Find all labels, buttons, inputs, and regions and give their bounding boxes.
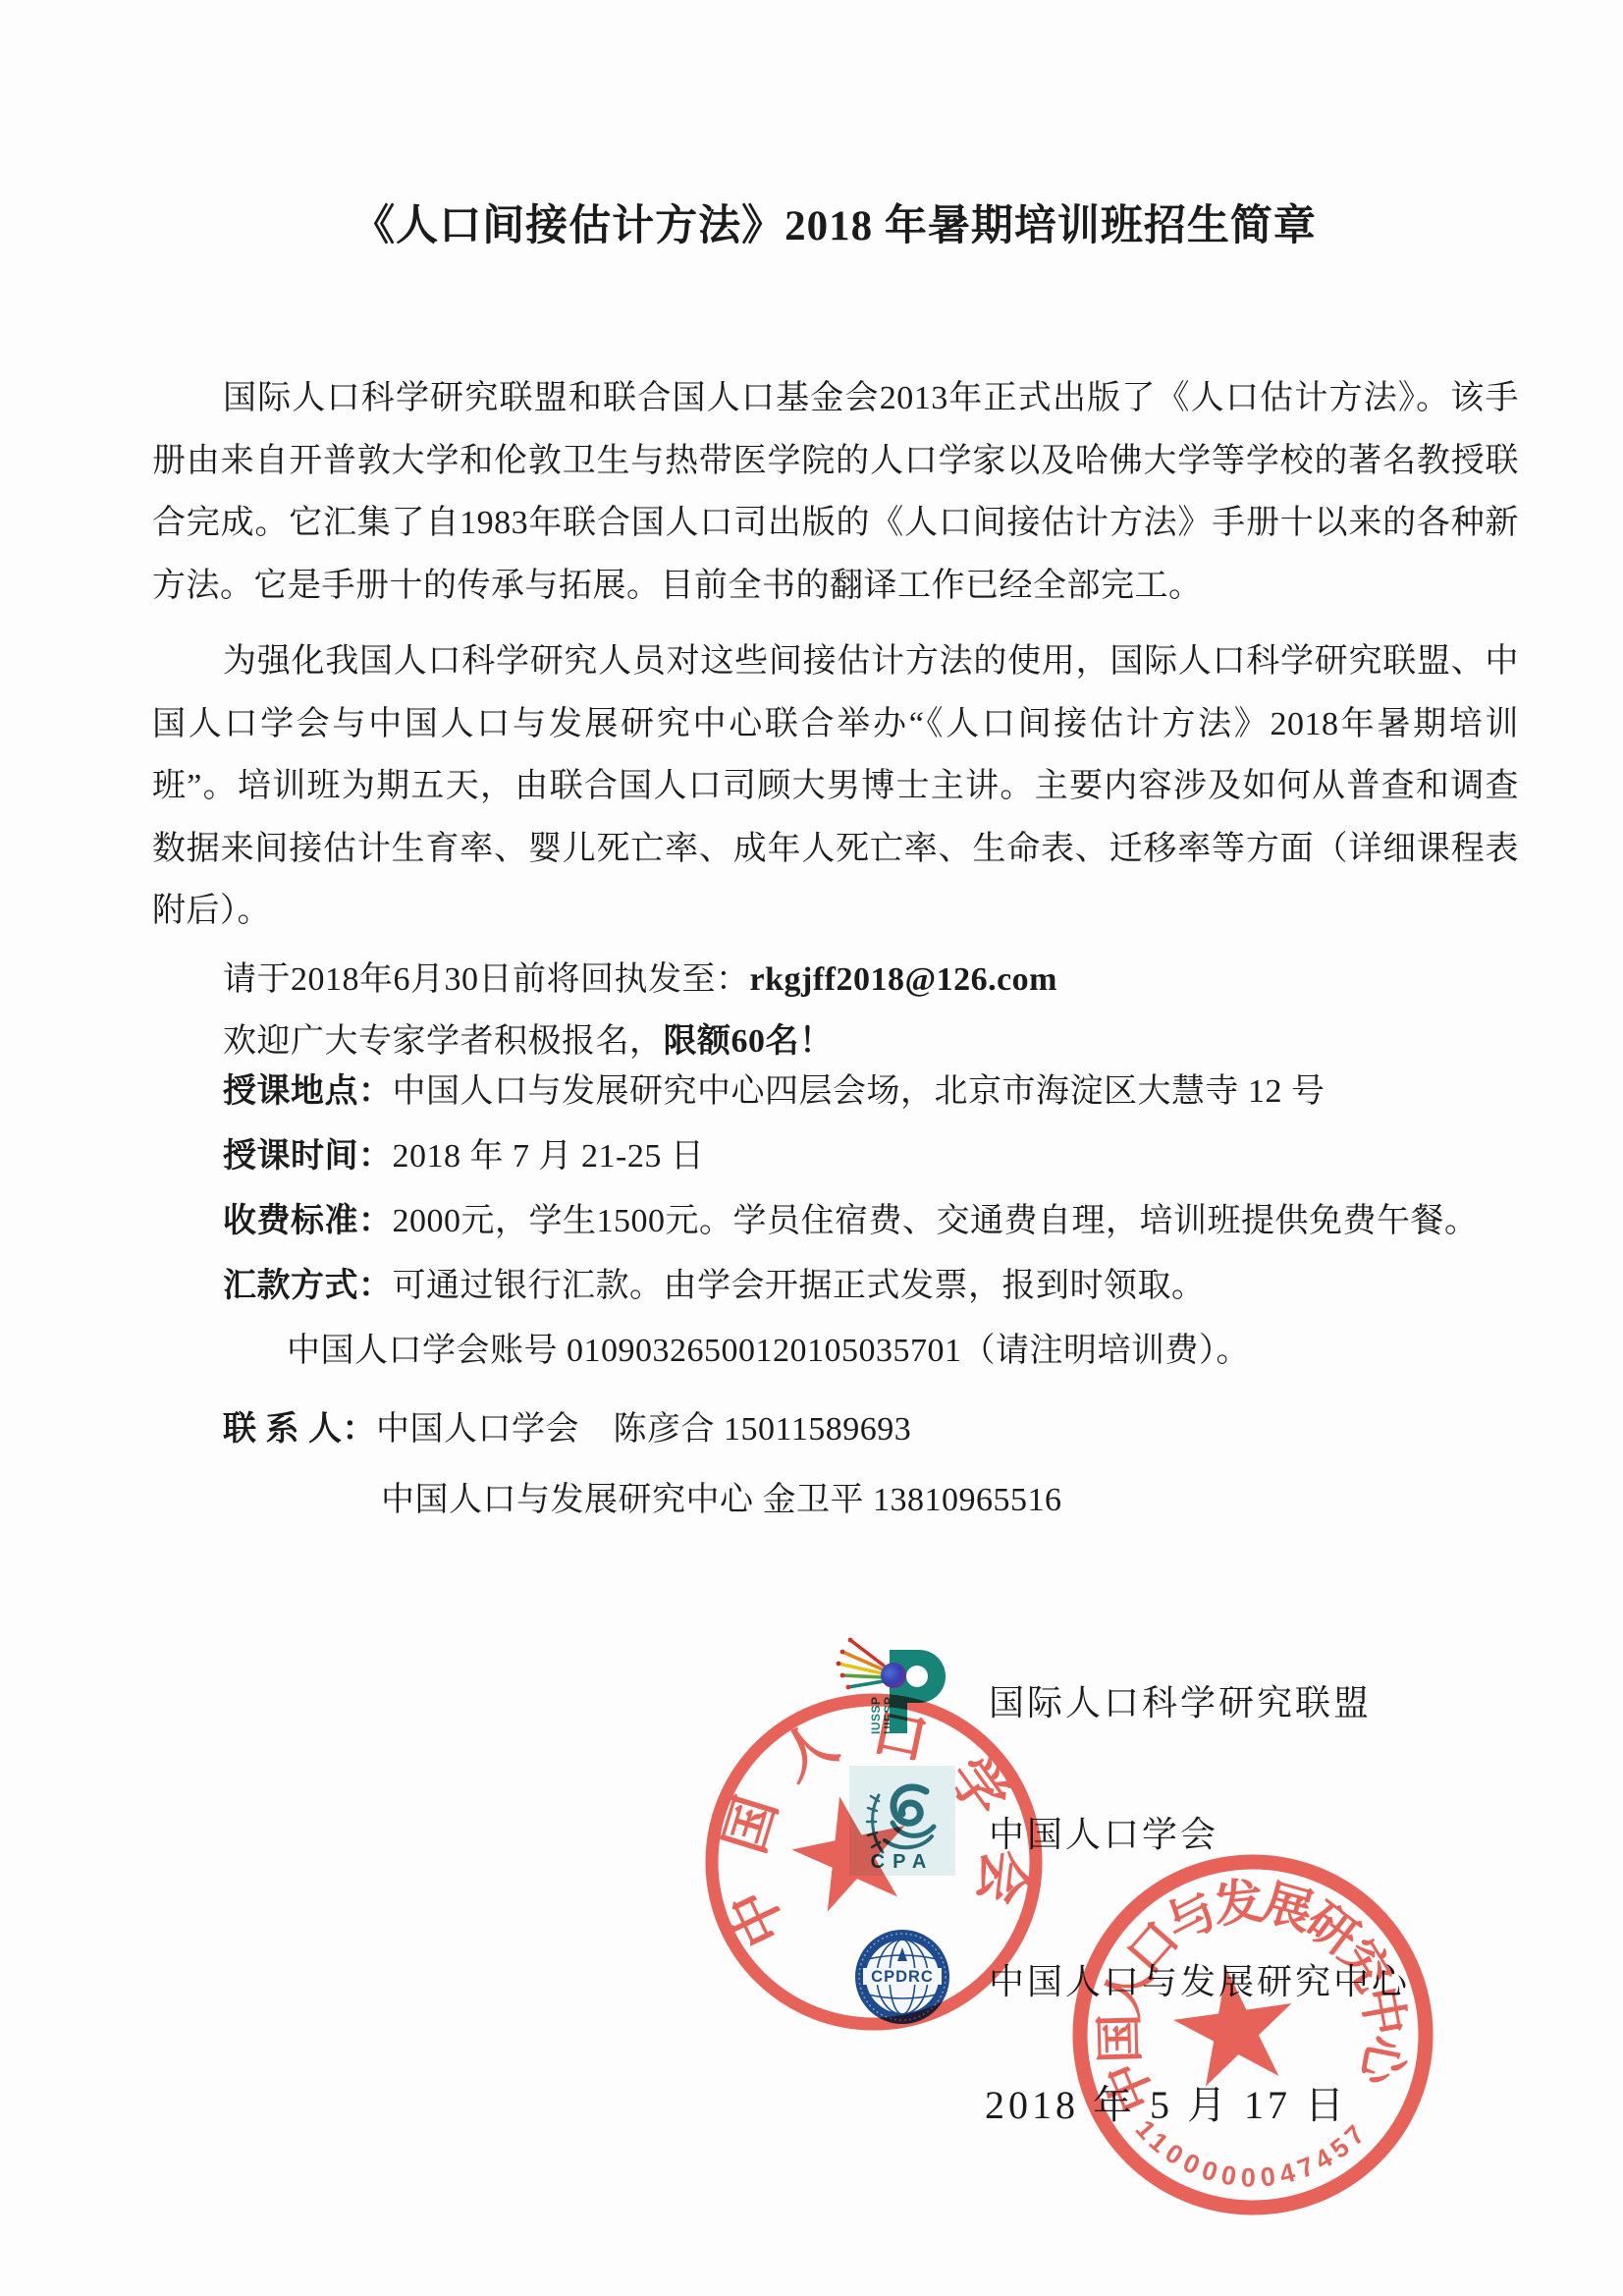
intro-paragraph: 国际人口科学研究联盟和联合国人口基金会2013年正式出版了《人口估计方法》。该手… bbox=[152, 367, 1519, 617]
detail-row-location: 授课地点：中国人口与发展研究中心四层会场，北京市海淀区大慧寺 12 号 bbox=[152, 1060, 1527, 1124]
page-title: 《人口间接估计方法》2018 年暑期培训班招生简章 bbox=[152, 192, 1517, 252]
contact-label: 联 系 人： bbox=[223, 1411, 376, 1448]
details-block: 授课地点：中国人口与发展研究中心四层会场，北京市海淀区大慧寺 12 号 授课时间… bbox=[152, 1060, 1527, 1533]
seal-cpa-star-icon bbox=[783, 1784, 919, 1916]
location-text: 中国人口与发展研究中心四层会场，北京市海淀区大慧寺 12 号 bbox=[393, 1073, 1325, 1110]
seal-cpdrc: 中国人口与发展研究中心 1100000047457 bbox=[1056, 1838, 1449, 2231]
detail-row-time: 授课时间：2018 年 7 月 21-25 日 bbox=[152, 1124, 1527, 1189]
reply-prefix: 请于2018年6月30日前将回执发至： bbox=[223, 961, 750, 998]
account-line: 中国人口学会账号 01090326500120105035701（请注明培训费）… bbox=[152, 1319, 1527, 1384]
reply-line: 请于2018年6月30日前将回执发至：rkgjff2018@126.com bbox=[152, 949, 1519, 1011]
time-text: 2018 年 7 月 21-25 日 bbox=[393, 1138, 705, 1175]
iussp-rays-icon bbox=[837, 1638, 884, 1690]
payment-text: 可通过银行汇款。由学会开据正式发票，报到时领取。 bbox=[393, 1268, 1206, 1304]
contact-row-2: 中国人口与发展研究中心 金卫平 13810965516 bbox=[152, 1468, 1527, 1533]
payment-label: 汇款方式： bbox=[223, 1268, 393, 1304]
location-label: 授课地点： bbox=[223, 1073, 393, 1110]
training-paragraph: 为强化我国人口科学研究人员对这些间接估计方法的使用，国际人口科学研究联盟、中国人… bbox=[152, 630, 1519, 943]
time-label: 授课时间： bbox=[223, 1138, 393, 1175]
welcome-prefix: 欢迎广大专家学者积极报名， bbox=[223, 1023, 664, 1060]
scanned-document-page: 《人口间接估计方法》2018 年暑期培训班招生简章 国际人口科学研究联盟和联合国… bbox=[0, 0, 1623, 2296]
detail-row-fee: 收费标准：2000元，学生1500元。学员住宿费、交通费自理，培训班提供免费午餐… bbox=[152, 1189, 1527, 1254]
quota-text: 限额60名！ bbox=[664, 1023, 834, 1060]
detail-row-payment: 汇款方式：可通过银行汇款。由学会开据正式发票，报到时领取。 bbox=[152, 1254, 1527, 1319]
fee-text: 2000元，学生1500元。学员住宿费、交通费自理，培训班提供免费午餐。 bbox=[393, 1203, 1479, 1239]
document-body: 国际人口科学研究联盟和联合国人口基金会2013年正式出版了《人口估计方法》。该手… bbox=[152, 367, 1519, 1073]
seal-cpa: 中国人口学会 bbox=[697, 1685, 1051, 2039]
reply-email: rkgjff2018@126.com bbox=[750, 961, 1058, 998]
fee-label: 收费标准： bbox=[223, 1203, 393, 1239]
seal-cpdrc-star-icon bbox=[1167, 1960, 1302, 2090]
iussp-p-counter bbox=[906, 1666, 928, 1687]
contact-1-text: 中国人口学会 陈彦合 15011589693 bbox=[376, 1411, 911, 1448]
contact-row-1: 联 系 人：中国人口学会 陈彦合 15011589693 bbox=[152, 1397, 1527, 1462]
